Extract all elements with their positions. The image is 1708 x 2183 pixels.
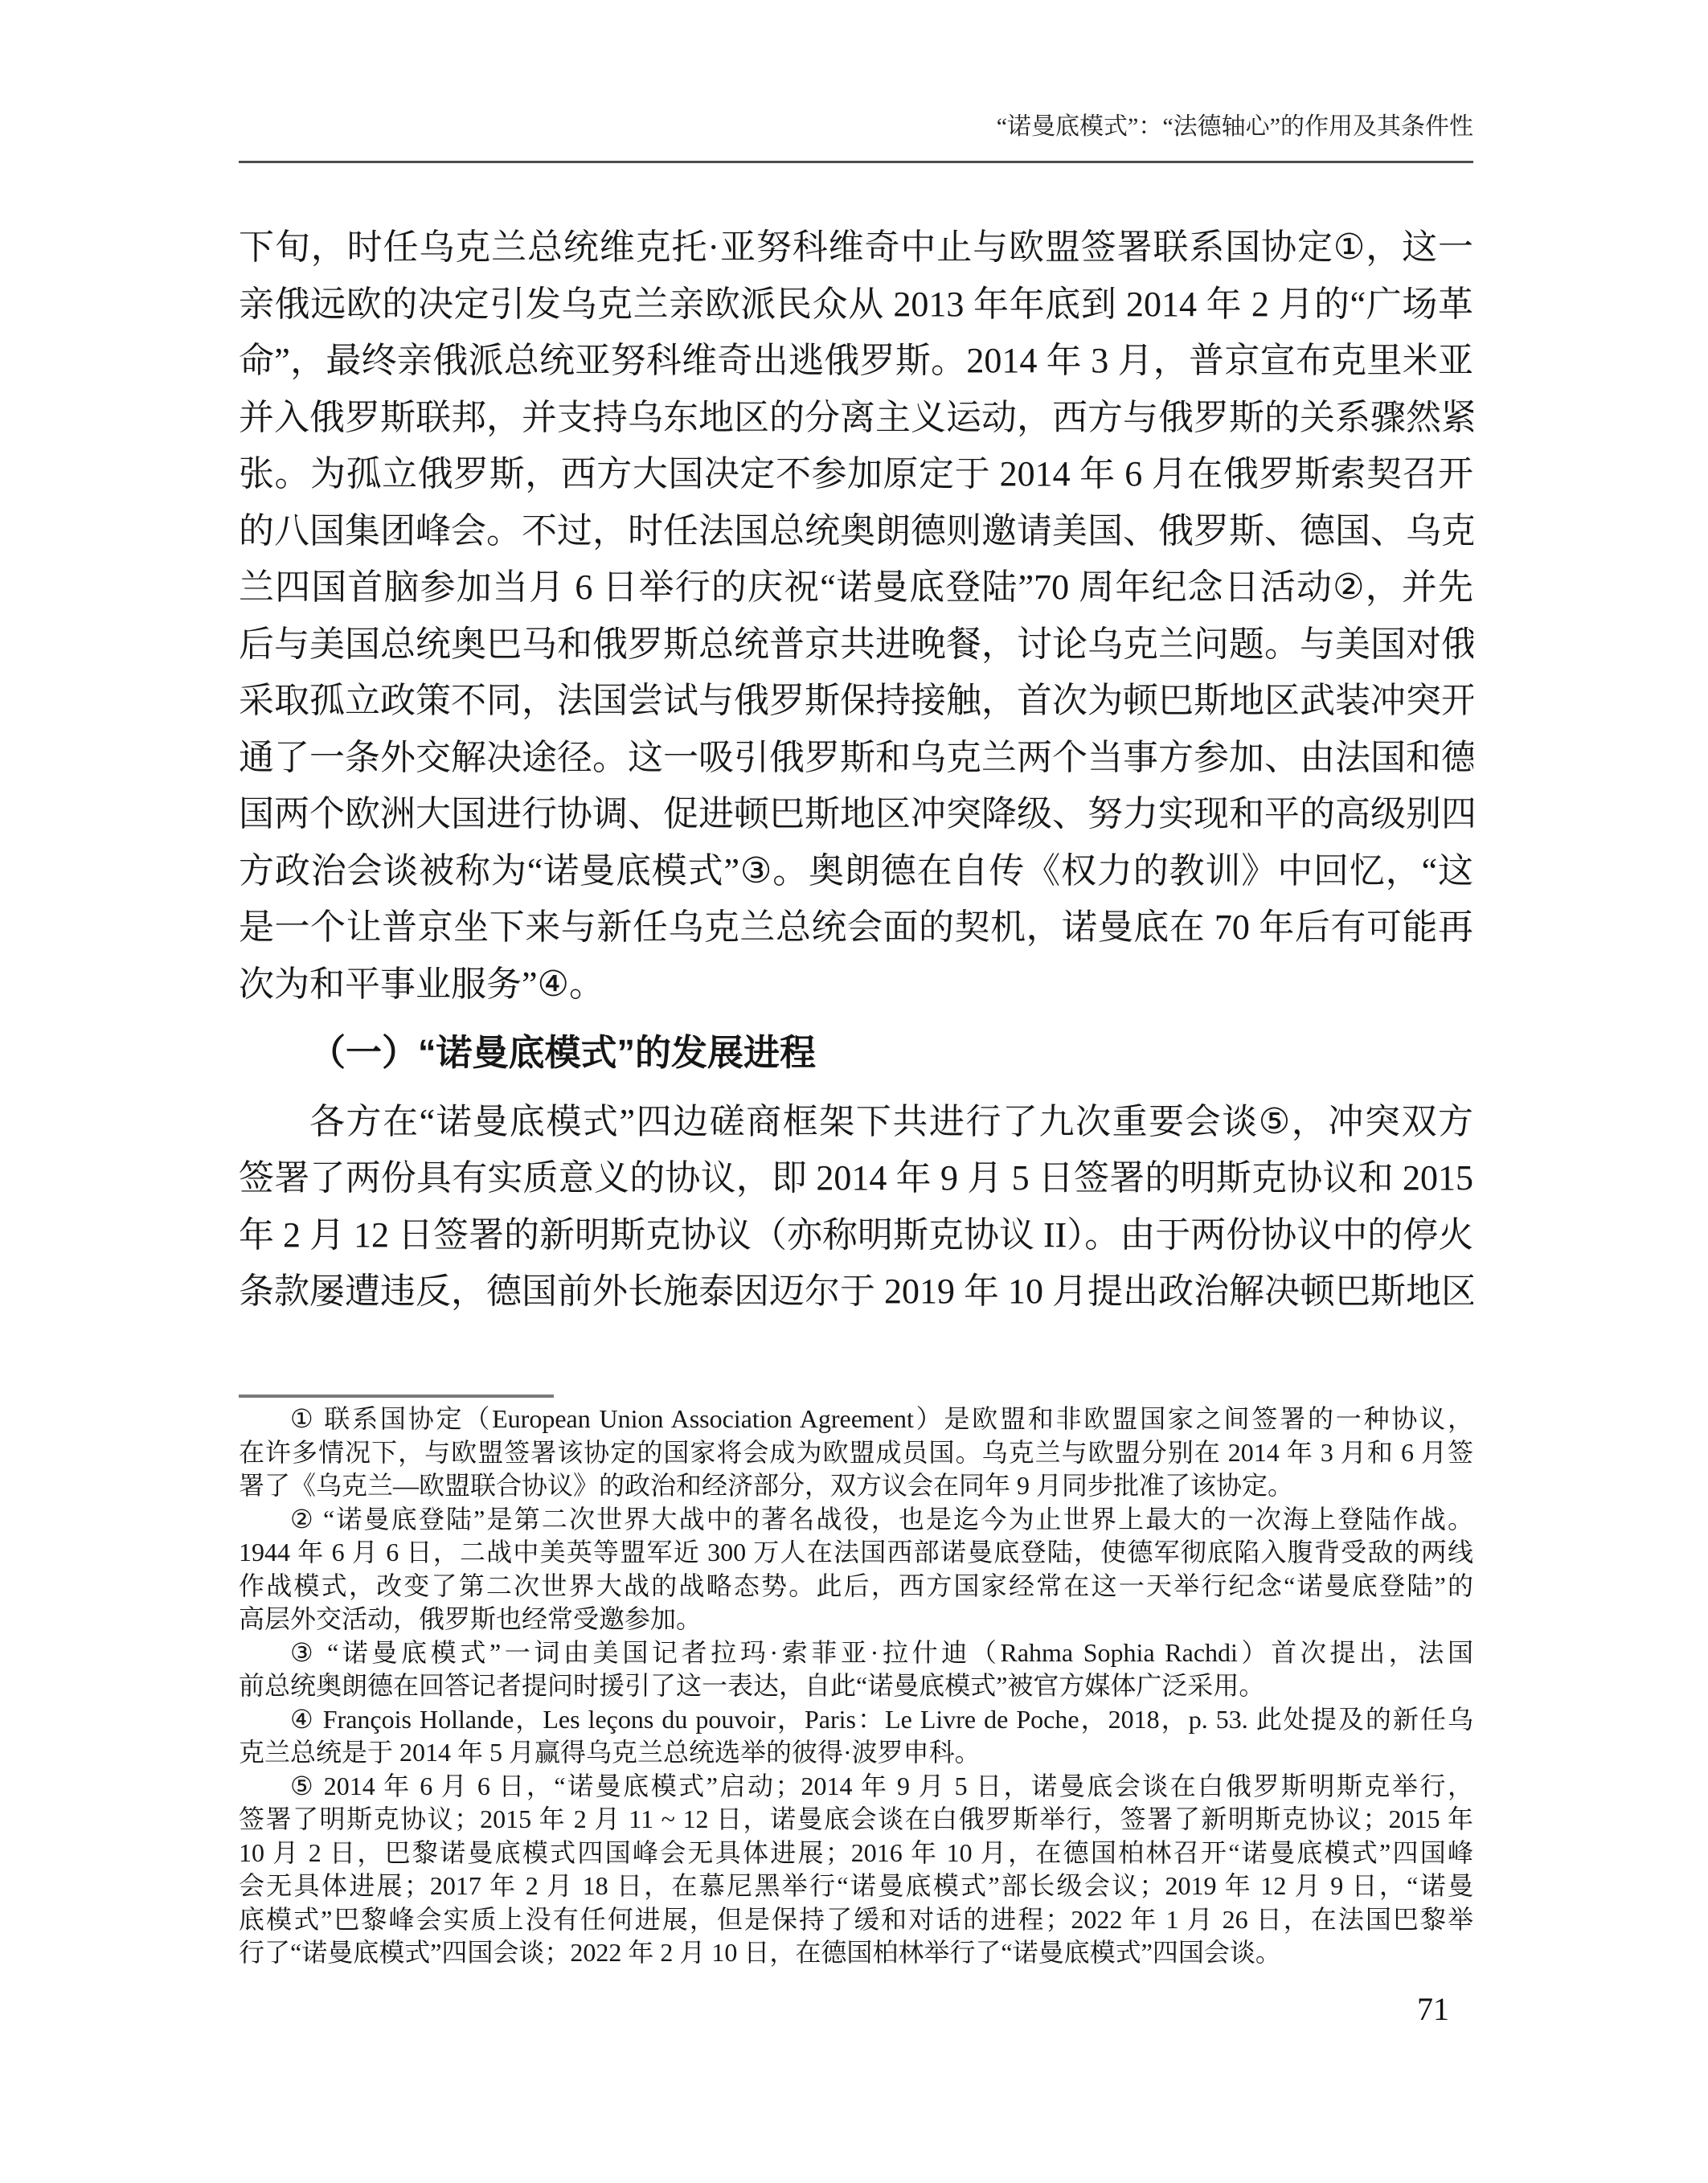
footnote-line: 行了“诺曼底模式”四国会谈；2022 年 2 月 10 日，在德国柏林举行了“诺… [239,1936,1473,1970]
footnote-line: 高层外交活动，俄罗斯也经常受邀参加。 [239,1603,1473,1636]
body-line: 张。为孤立俄罗斯，西方大国决定不参加原定于 2014 年 6 月在俄罗斯索契召开 [239,446,1473,503]
body-line: 次为和平事业服务”④。 [239,956,1473,1014]
body-line: 方政治会谈被称为“诺曼底模式”③。奥朗德在自传《权力的教训》中回忆，“这 [239,843,1473,900]
body-line: 是一个让普京坐下来与新任乌克兰总统会面的契机，诺曼底在 70 年后有可能再 [239,899,1473,956]
footnote-line: 在许多情况下，与欧盟签署该协定的国家将会成为欧盟成员国。乌克兰与欧盟分别在 20… [239,1436,1473,1470]
body-line: 后与美国总统奥巴马和俄罗斯总统普京共进晚餐，讨论乌克兰问题。与美国对俄 [239,616,1473,674]
header-rule [239,161,1473,163]
body-line: 并入俄罗斯联邦，并支持乌东地区的分离主义运动，西方与俄罗斯的关系骤然紧 [239,390,1473,447]
page-number: 71 [239,1992,1449,2027]
footnote-line: ③ “诺曼底模式”一词由美国记者拉玛·索菲亚·拉什迪（Rahma Sophia … [239,1636,1473,1670]
footnote-separator [239,1395,554,1398]
body-line: 年 2 月 12 日签署的新明斯克协议（亦称明斯克协议 II）。由于两份协议中的… [239,1207,1473,1264]
footnote-line: 会无具体进展；2017 年 2 月 18 日，在慕尼黑举行“诺曼底模式”部长级会… [239,1870,1473,1903]
footnote-line: 克兰总统是于 2014 年 5 月赢得乌克兰总统选举的彼得·波罗申科。 [239,1736,1473,1770]
body-line: 的八国集团峰会。不过，时任法国总统奥朗德则邀请美国、俄罗斯、德国、乌克 [239,503,1473,560]
footnote-line: 1944 年 6 月 6 日，二战中美英等盟军近 300 万人在法国西部诺曼底登… [239,1536,1473,1570]
footnote-line: 10 月 2 日，巴黎诺曼底模式四国峰会无具体进展；2016 年 10 月，在德… [239,1837,1473,1870]
footnote-line: 前总统奥朗德在回答记者提问时援引了这一表达，自此“诺曼底模式”被官方媒体广泛采用… [239,1669,1473,1703]
body-line: 国两个欧洲大国进行协调、促进顿巴斯地区冲突降级、努力实现和平的高级别四 [239,786,1473,843]
footnote-line: 签署了明斯克协议；2015 年 2 月 11 ~ 12 日，诺曼底会谈在白俄罗斯… [239,1803,1473,1837]
body-line: 条款屡遭违反，德国前外长施泰因迈尔于 2019 年 10 月提出政治解决顿巴斯地… [239,1264,1473,1321]
body-line: 通了一条外交解决途径。这一吸引俄罗斯和乌克兰两个当事方参加、由法国和德 [239,730,1473,787]
footnote-line: ④ François Hollande，Les leçons du pouvoi… [239,1703,1473,1737]
footnotes-block: ① 联系国协定（European Union Association Agree… [239,1403,1473,1970]
footnote-line: 底模式”巴黎峰会实质上没有任何进展，但是保持了缓和对话的进程；2022 年 1 … [239,1903,1473,1937]
footnote-line: ② “诺曼底登陆”是第二次世界大战中的著名战役，也是迄今为止世界上最大的一次海上… [239,1503,1473,1537]
footnote-line: 署了《乌克兰—欧盟联合协议》的政治和经济部分，双方议会在同年 9 月同步批准了该… [239,1469,1473,1503]
footnote-line: ① 联系国协定（European Union Association Agree… [239,1403,1473,1436]
journal-page: “诺曼底模式”：“法德轴心”的作用及其条件性 下旬，时任乌克兰总统维克托·亚努科… [0,0,1708,2183]
body-line: 亲俄远欧的决定引发乌克兰亲欧派民众从 2013 年年底到 2014 年 2 月的… [239,276,1473,334]
running-head: “诺曼底模式”：“法德轴心”的作用及其条件性 [239,111,1473,143]
body-line: 下旬，时任乌克兰总统维克托·亚努科维奇中止与欧盟签署联系国协定①，这一 [239,219,1473,276]
footnote-line: ⑤ 2014 年 6 月 6 日，“诺曼底模式”启动；2014 年 9 月 5 … [239,1770,1473,1804]
section-heading: （一）“诺曼底模式”的发展进程 [239,1025,1473,1082]
body-line: 兰四国首脑参加当月 6 日举行的庆祝“诺曼底登陆”70 周年纪念日活动②，并先 [239,559,1473,616]
body-line: 采取孤立政策不同，法国尝试与俄罗斯保持接触，首次为顿巴斯地区武装冲突开 [239,673,1473,730]
body-line: 签署了两份具有实质意义的协议，即 2014 年 9 月 5 日签署的明斯克协议和… [239,1150,1473,1207]
body-text-block: 下旬，时任乌克兰总统维克托·亚努科维奇中止与欧盟签署联系国协定①，这一 亲俄远欧… [239,219,1473,1321]
footnote-line: 作战模式，改变了第二次世界大战的战略态势。此后，西方国家经常在这一天举行纪念“诺… [239,1570,1473,1603]
body-line: 各方在“诺曼底模式”四边磋商框架下共进行了九次重要会谈⑤，冲突双方 [239,1094,1473,1151]
body-line: 命”，最终亲俄派总统亚努科维奇出逃俄罗斯。2014 年 3 月，普京宣布克里米亚 [239,333,1473,390]
